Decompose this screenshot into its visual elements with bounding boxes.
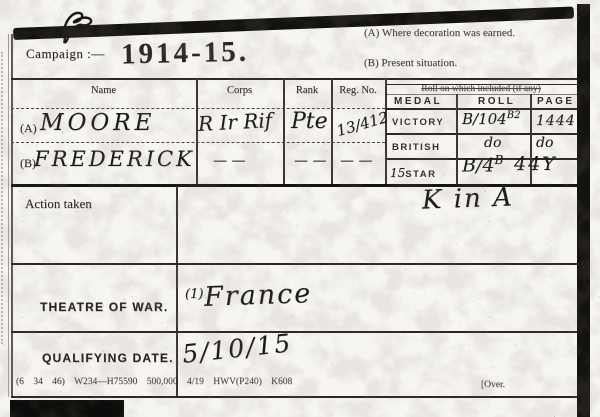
card-right-border-bar: [577, 4, 590, 417]
col-header-name: Name: [11, 85, 196, 96]
row-b-corps-ditto: — —: [213, 153, 245, 169]
medal-roll-divider: [456, 94, 458, 184]
campaign-value: 1914-15.: [121, 36, 250, 72]
theatre-entry: France: [203, 278, 312, 313]
row-a-reg-no: 13/412: [335, 108, 391, 140]
medal-col-header: MEDAL: [394, 96, 442, 107]
page-col-header: PAGE: [537, 96, 575, 107]
row-a-label: (A): [20, 121, 37, 136]
lower-section-divider: [176, 186, 178, 396]
british-page-ditto: do: [536, 135, 553, 151]
ink-scribble-mark: [55, 10, 117, 44]
action-taken-label: Action taken: [25, 196, 92, 212]
victory-roll-entry: B/104B2: [462, 110, 520, 128]
star-page-entry: 44Y: [514, 153, 557, 175]
row-a-corps: R Ir Rif: [197, 108, 272, 136]
rule-between-rows: [11, 142, 385, 143]
star-roll-main: B/4: [462, 154, 494, 176]
row-b-regno-ditto: — —: [340, 153, 372, 169]
medal-table-title: Roll on which included (if any): [386, 84, 576, 94]
action-taken-entry: K in A: [422, 182, 515, 215]
star-roll-sup: B: [494, 153, 503, 167]
victory-page-entry: 1444: [536, 113, 576, 129]
british-medal-label: BRITISH: [392, 142, 441, 153]
star-roll-entry: B/4B: [462, 153, 503, 176]
header-rule: [11, 78, 577, 80]
qualifying-date-label: QUALIFYING DATE.: [42, 351, 174, 365]
qualifying-date-entry: 5/10/15: [181, 328, 294, 368]
victory-roll-main: B/104: [462, 110, 507, 128]
medal-table-title-rule: [386, 94, 577, 95]
col-header-reg-no: Reg. No.: [331, 85, 385, 96]
star-medal-label: 15STAR: [390, 164, 436, 182]
card-bottom-rule: [11, 396, 577, 398]
row-a-surname: MOORE: [40, 110, 155, 136]
col-header-corps: Corps: [196, 85, 283, 96]
col-header-rank: Rank: [283, 85, 331, 96]
victory-medal-label: VICTORY: [392, 117, 444, 128]
row-b-forename: FREDERICK: [34, 147, 195, 171]
note-present-situation: (B) Present situation.: [364, 57, 457, 69]
british-roll-ditto: do: [484, 135, 501, 151]
theatre-top-rule: [11, 263, 577, 265]
left-margin-dotted-edge: [1, 52, 3, 344]
campaign-label: Campaign :—: [26, 46, 105, 62]
qualifying-top-rule: [11, 331, 577, 333]
star-prefix: 15: [390, 166, 405, 180]
roll-col-header: ROLL: [478, 96, 515, 107]
row-a-rank: Pte: [291, 109, 328, 134]
star-word: STAR: [405, 169, 436, 180]
theatre-number: (1): [185, 287, 203, 302]
row-b-rank-ditto: — —: [294, 153, 326, 169]
theatre-of-war-label: THEATRE OF WAR.: [40, 300, 168, 314]
rule-under-headers: [11, 108, 385, 109]
victory-roll-sup: B2: [507, 110, 521, 121]
note-where-decoration-earned: (A) Where decoration was earned.: [364, 27, 515, 39]
over-note: [Over.: [481, 380, 505, 390]
card-left-outer-line: [8, 34, 9, 397]
printer-imprint: (6 34 46) W234—H75590 500,000 4/19 HWV(P…: [16, 377, 292, 387]
medal-index-card-scan: Campaign :— 1914-15. (A) Where decoratio…: [0, 0, 600, 417]
scan-bottom-black-block: [10, 400, 124, 417]
